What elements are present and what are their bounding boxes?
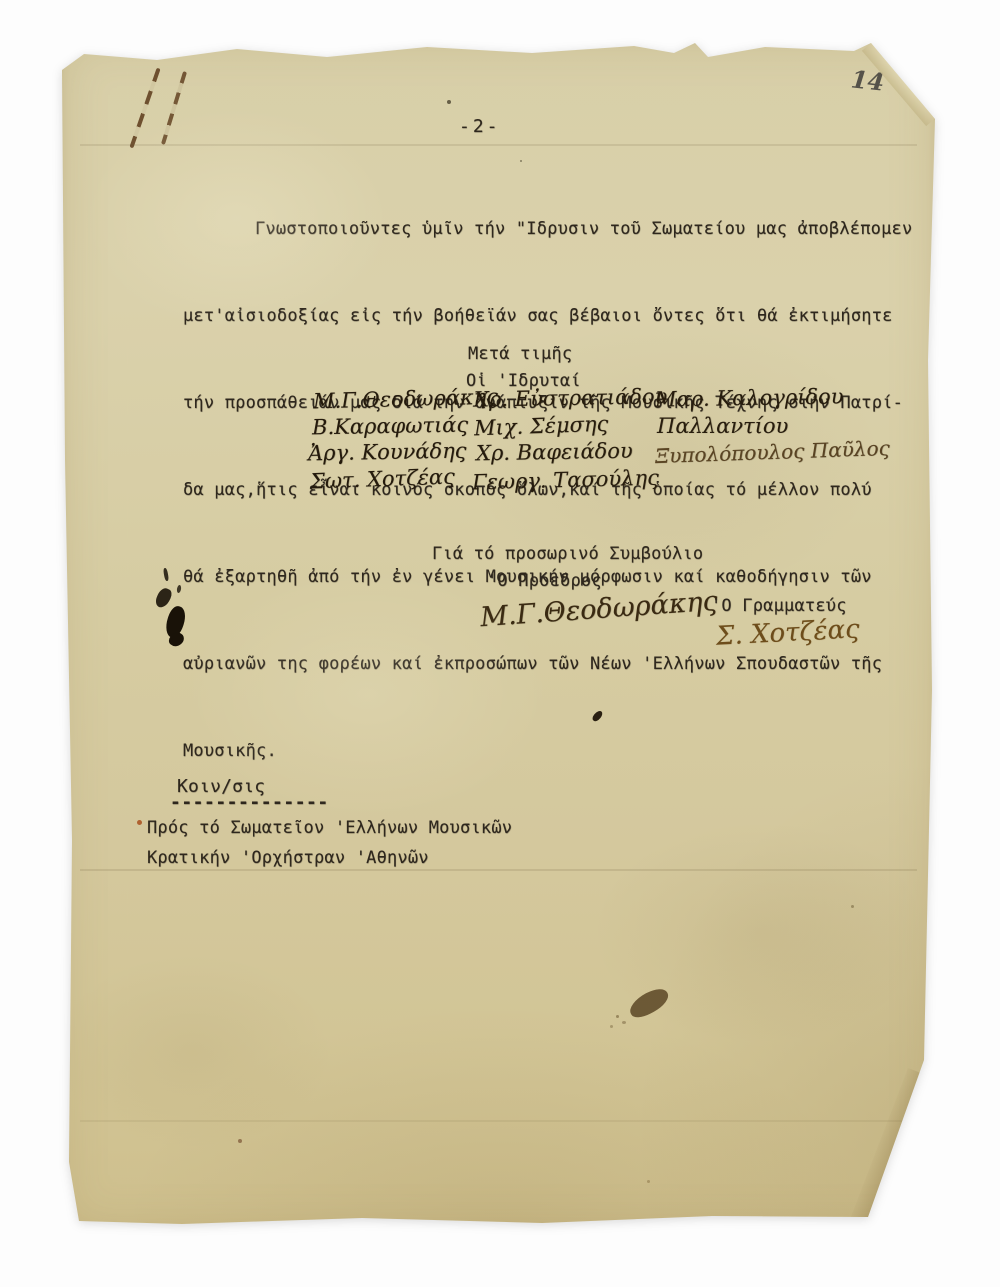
stain-speckle	[610, 1025, 613, 1028]
ink-stroke	[129, 68, 160, 149]
paper: 14 -2- Γνωστοποιοῦντες ὑμῖν τήν "Ιδρυσιν…	[62, 40, 935, 1230]
paper-speck	[647, 1180, 650, 1183]
founder-signature: Ἀργ. Κουνάδης	[308, 439, 467, 466]
founder-signature: Παλλαντίου	[657, 414, 788, 438]
stain-speckle	[616, 1015, 619, 1018]
cc-divider: --------------	[170, 792, 329, 813]
paper-shadow: 14 -2- Γνωστοποιοῦντες ὑμῖν τήν "Ιδρυσιν…	[62, 40, 935, 1230]
fold-crease	[80, 144, 917, 146]
fold-crease	[80, 1120, 917, 1122]
folded-corner-bottom-right	[850, 1068, 933, 1229]
paper-speck	[447, 100, 451, 104]
ink-stroke	[161, 71, 187, 145]
scanned-letter-page: 14 -2- Γνωστοποιοῦντες ὑμῖν τήν "Ιδρυσιν…	[0, 0, 1000, 1287]
founder-signature: Χρ. Βαφειάδου	[476, 439, 633, 466]
red-speck	[137, 820, 142, 825]
founder-signature: Μαρ. Καλογρίδου	[655, 384, 844, 411]
cc-recipient: Πρός τό Σωματεῖον 'Ελλήνων Μουσικῶν	[147, 818, 512, 838]
founder-signature: Μ.Γ.Θεοδωράκης	[313, 385, 499, 414]
paper-speck	[851, 905, 854, 908]
stain-speckle	[622, 1021, 626, 1024]
paper-speck	[520, 160, 522, 162]
secretary-label: 'Ο Γραμματεύς	[711, 596, 847, 616]
body-line: Γνωστοποιοῦντες ὑμῖν τήν "Ιδρυσιν τοῦ Σω…	[183, 215, 912, 244]
council-for-line: Γιά τό προσωρινό Συμβούλιο	[432, 544, 703, 564]
cc-recipient: Κρατικήν 'Ορχήστραν 'Αθηνῶν	[147, 848, 429, 868]
founder-signature: Β.Καραφωτιάς	[312, 413, 469, 440]
page-label: -2-	[459, 116, 501, 137]
ink-blot	[153, 586, 173, 610]
body-line: αὐριανῶν της φορέων καί ἐκπροσώπων τῶν Ν…	[183, 650, 912, 679]
fold-crease	[80, 869, 917, 871]
salutation: Μετά τιμῆς	[468, 344, 572, 364]
president-label: 'Ο Πρόεδρος	[487, 571, 602, 591]
founder-signature: Σωτ. Χοτζέας	[310, 464, 455, 493]
body-line: Μουσικῆς.	[183, 737, 912, 766]
ink-blot	[176, 585, 181, 594]
founder-signature: Μιχ. Σέμσης	[474, 412, 609, 441]
ink-blot	[163, 568, 169, 581]
founder-signature: Χρ. Εὐστρατιάδου	[474, 384, 668, 411]
body-line: μετ'αἰσιοδοξίας εἰς τήν βοήθεϊάν σας βέβ…	[183, 302, 912, 331]
stain	[626, 984, 672, 1021]
paper-speck	[238, 1139, 242, 1143]
founder-signature: Γεωργ. Τασούλης	[472, 466, 659, 495]
